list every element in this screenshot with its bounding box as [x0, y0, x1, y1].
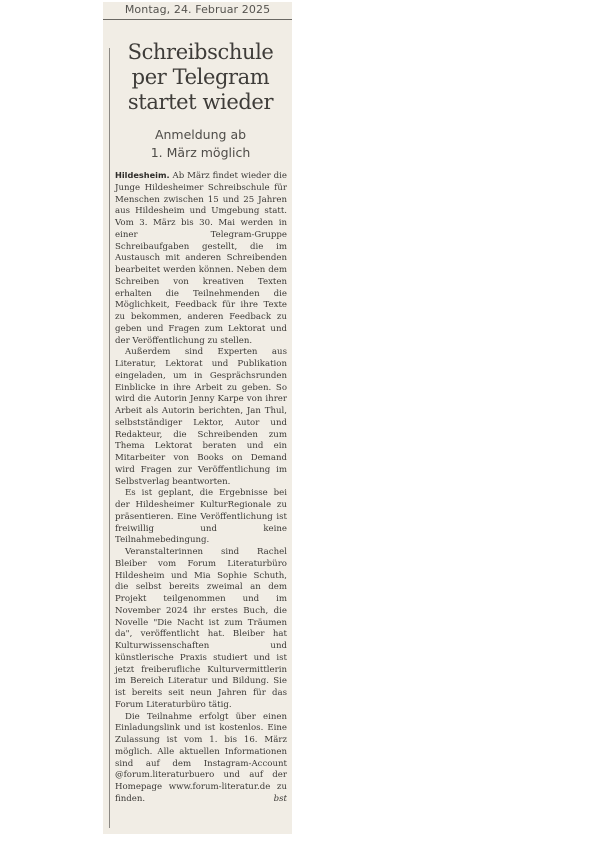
paragraph-5-text: Die Teilnahme erfolgt über einen Einladu… — [115, 712, 287, 804]
column-rule — [109, 48, 110, 828]
subheadline: Anmeldung ab 1. März möglich — [113, 126, 288, 162]
headline: Schreibschule per Telegram startet wiede… — [113, 40, 288, 115]
subheadline-line-2: 1. März möglich — [113, 144, 288, 162]
headline-line-2: per Telegram — [113, 65, 288, 90]
paragraph-3: Es ist geplant, die Ergebnisse bei der H… — [115, 488, 287, 547]
subheadline-line-1: Anmeldung ab — [113, 126, 288, 144]
paragraph-5: Die Teilnahme erfolgt über einen Einladu… — [115, 712, 287, 806]
article-body: Hildesheim. Ab März findet wieder die Ju… — [115, 170, 287, 806]
paragraph-1: Hildesheim. Ab März findet wieder die Ju… — [115, 170, 287, 347]
lead-location: Hildesheim. — [115, 170, 170, 180]
newspaper-clipping: Montag, 24. Februar 2025 Schreibschule p… — [103, 2, 292, 834]
paragraph-4: Veranstalterinnen sind Rachel Bleiber vo… — [115, 547, 287, 712]
paragraph-1-text: Ab März findet wieder die Junge Hildeshe… — [115, 171, 287, 346]
headline-line-3: startet wieder — [113, 90, 288, 115]
dateline: Montag, 24. Februar 2025 — [103, 2, 292, 20]
headline-line-1: Schreibschule — [113, 40, 288, 65]
author-initials: bst — [264, 794, 287, 806]
paragraph-2: Außerdem sind Experten aus Literatur, Le… — [115, 347, 287, 488]
